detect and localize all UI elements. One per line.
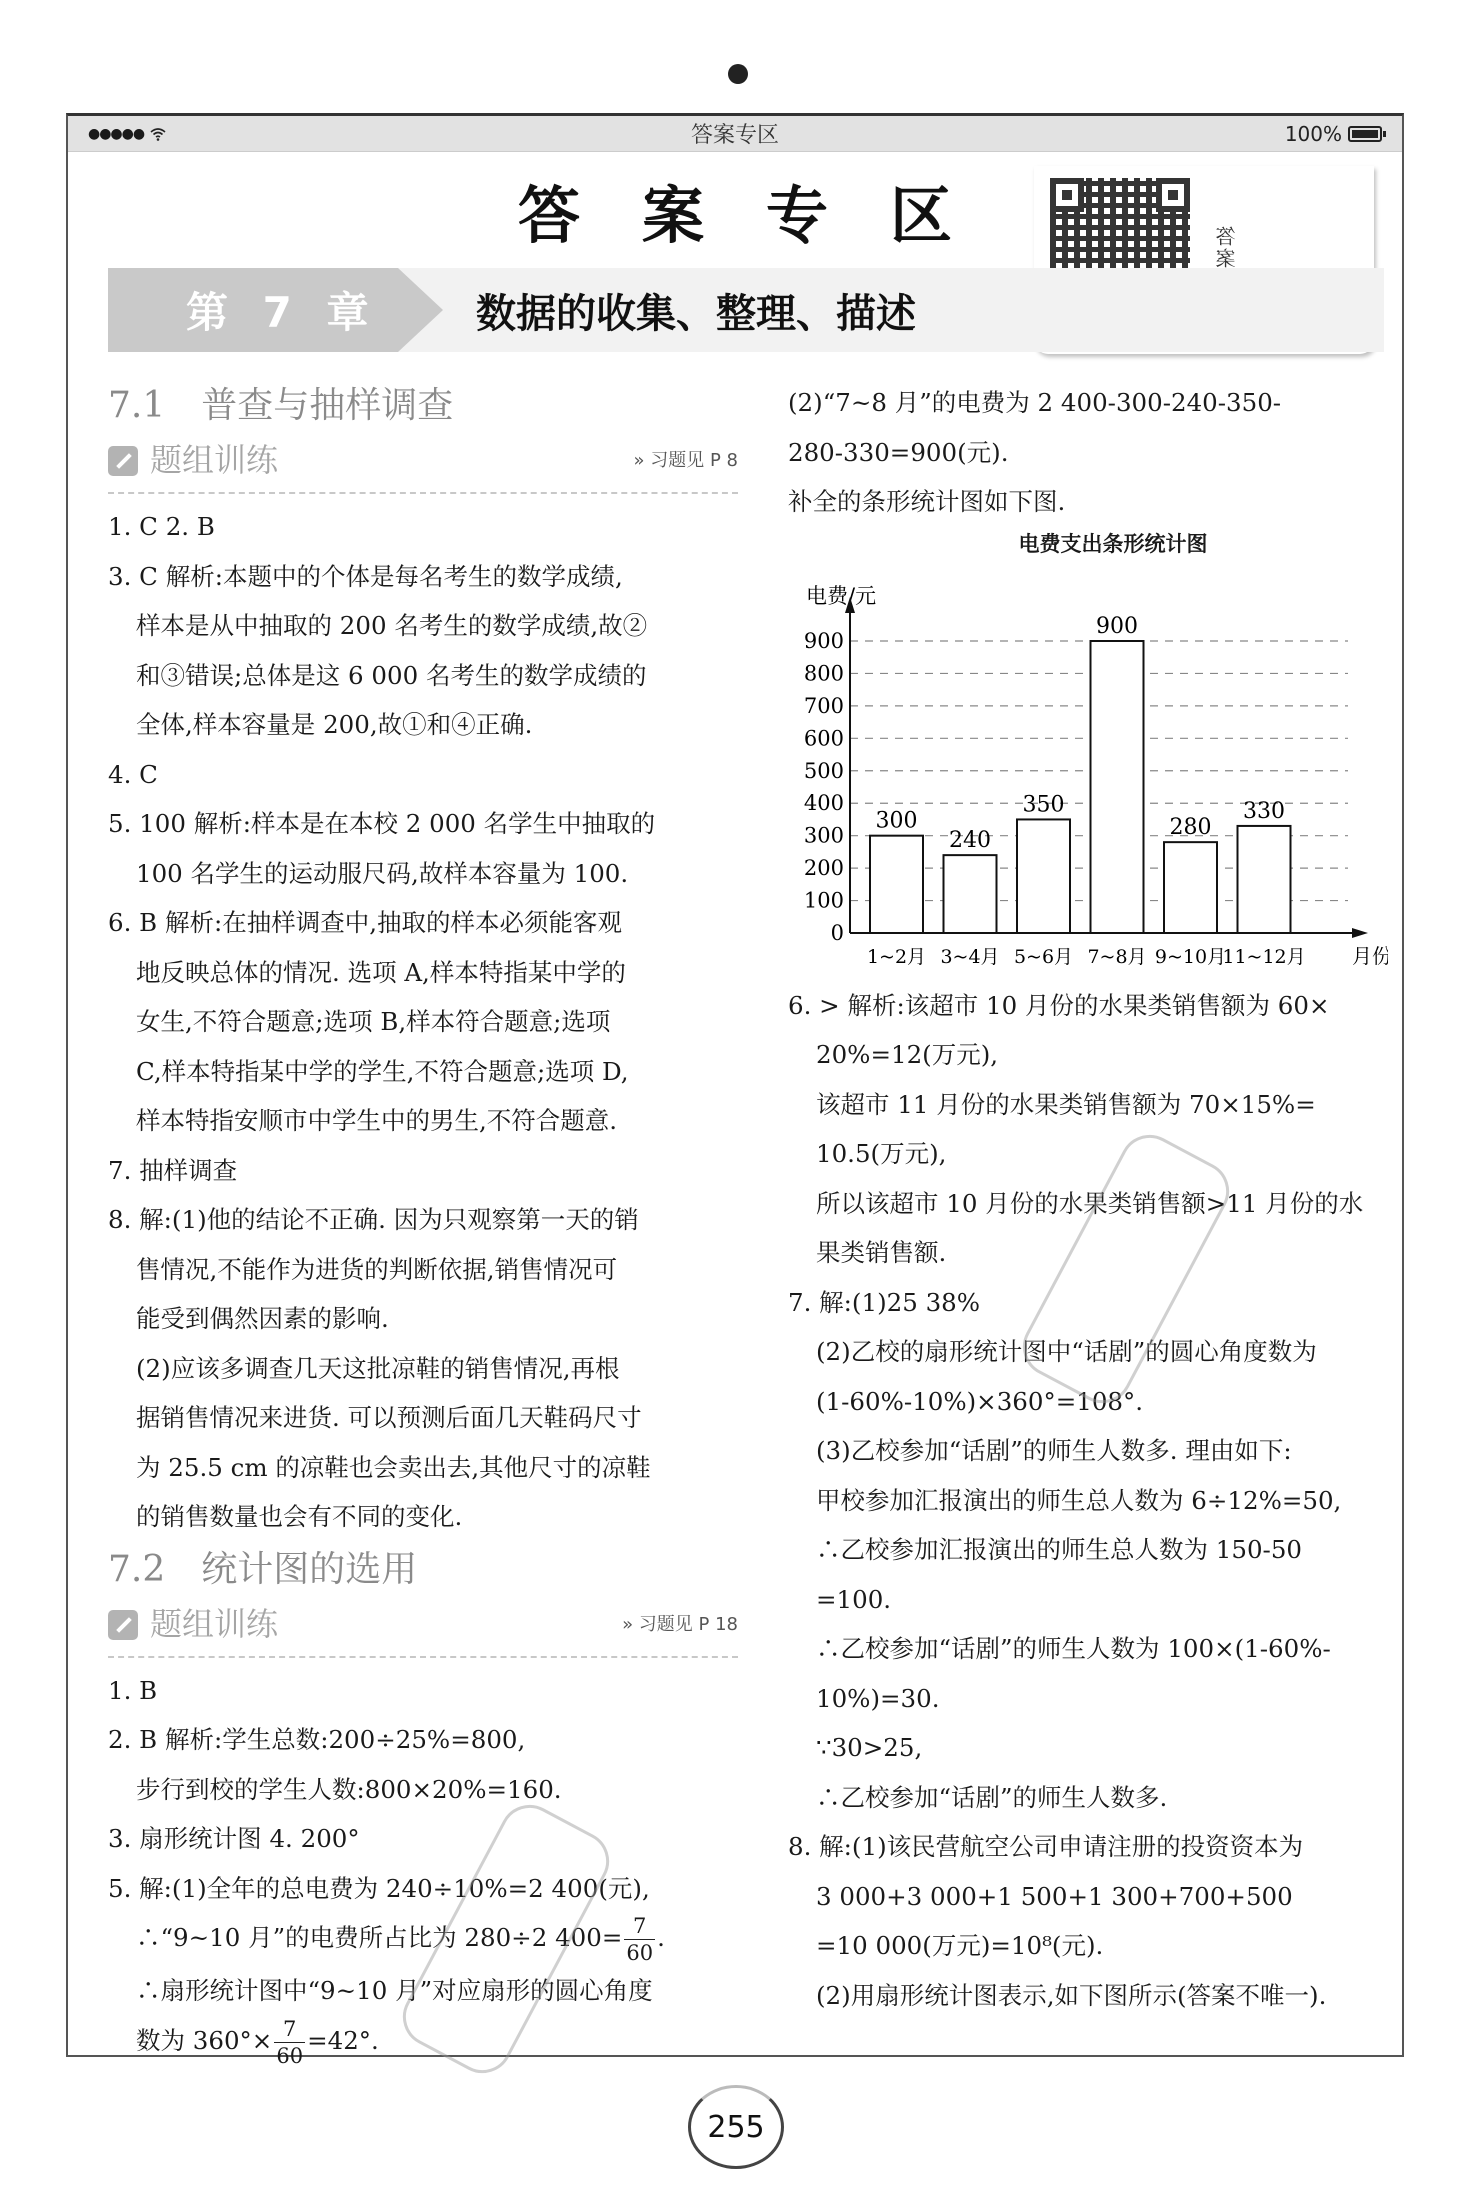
answer-line: 5. 解:(1)全年的总电费为 240÷10%=2 400(元), (108, 1864, 738, 1914)
drill-header: 题组训练 » 习题见 P 8 (108, 438, 738, 494)
y-tick-label: 500 (804, 758, 844, 782)
exercise-page-link[interactable]: » 习题见 P 8 (634, 436, 738, 486)
y-tick-label: 300 (804, 823, 844, 847)
x-tick-label: 11~12月 (1222, 946, 1305, 968)
status-bar-title: 答案专区 (68, 118, 1402, 149)
y-tick-label: 200 (804, 856, 844, 880)
answer-line: 据销售情况来进货. 可以预测后面几天鞋码尺寸 (108, 1393, 738, 1443)
bar (870, 835, 923, 932)
fraction: 760 (624, 1913, 655, 1966)
answer-line: 能受到偶然因素的影响. (108, 1294, 738, 1344)
answer-line: =100. (788, 1575, 1438, 1625)
answer-line: 售情况,不能作为进货的判断依据,销售情况可 (108, 1245, 738, 1295)
y-tick-label: 700 (804, 693, 844, 717)
chart-title: 电费支出条形统计图 (788, 527, 1438, 561)
bar-value-label: 240 (949, 828, 991, 853)
answer-line: 为 25.5 cm 的凉鞋也会卖出去,其他尺寸的凉鞋 (108, 1443, 738, 1493)
answer-line: 6. B 解析:在抽样调查中,抽取的样本必须能客观 (108, 898, 738, 948)
answer-line: 100 名学生的运动服尺码,故样本容量为 100. (108, 849, 738, 899)
answer-line: ∴乙校参加“话剧”的师生人数多. (788, 1773, 1438, 1823)
bar-value-label: 280 (1170, 815, 1212, 840)
pencil-icon (108, 1610, 138, 1640)
answer-line: 和③错误;总体是这 6 000 名考生的数学成绩的 (108, 651, 738, 701)
answer-line: 该超市 11 月份的水果类销售额为 70×15%= (788, 1080, 1438, 1130)
y-tick-label: 900 (804, 629, 844, 653)
answer-line: ∵30>25, (788, 1723, 1438, 1773)
answer-line: 女生,不符合题意;选项 B,样本符合题意;选项 (108, 997, 738, 1047)
left-column: 7.1普查与抽样调查 题组训练 » 习题见 P 8 1. C 2. B 3. C… (108, 378, 738, 2069)
answer-line: 3 000+3 000+1 500+1 300+700+500 (788, 1872, 1438, 1922)
answer-line: 1. C 2. B (108, 502, 738, 552)
answer-line: =10 000(万元)=10⁸(元). (788, 1921, 1438, 1971)
status-bar: ●●●●● 答案专区 100% (68, 116, 1402, 152)
answer-line: C,样本特指某中学的学生,不符合题意;选项 D, (108, 1047, 738, 1097)
answer-line: 2. B 解析:学生总数:200÷25%=800, (108, 1715, 738, 1765)
answer-line: 地反映总体的情况. 选项 A,样本特指某中学的 (108, 948, 738, 998)
fraction: 760 (274, 2016, 305, 2069)
section-title: 7.2统计图的选用 (108, 1542, 738, 1598)
bar-chart-svg: 电费/元01002003004005006007008009003001~2月2… (788, 561, 1388, 981)
answer-line: 6. > 解析:该超市 10 月份的水果类销售额为 60× (788, 981, 1438, 1031)
battery-icon (1348, 126, 1382, 142)
answer-line: 10%)=30. (788, 1674, 1438, 1724)
answer-line: (2)“7~8 月”的电费为 2 400-300-240-350- (788, 378, 1438, 428)
answer-line: (3)乙校参加“话剧”的师生人数多. 理由如下: (788, 1426, 1438, 1476)
bar (944, 855, 997, 933)
x-tick-label: 9~10月 (1155, 946, 1226, 968)
answer-line: 甲校参加汇报演出的师生总人数为 6÷12%=50, (788, 1476, 1438, 1526)
section-title: 7.1普查与抽样调查 (108, 378, 738, 434)
answer-line: 4. C (108, 750, 738, 800)
answer-line: ∴“9~10 月”的电费所占比为 280÷2 400=760. (108, 1913, 738, 1966)
chapter-banner: 第 7 章 数据的收集、整理、描述 (108, 268, 1384, 352)
bar-chart: 电费/元01002003004005006007008009003001~2月2… (788, 561, 1438, 981)
answer-line: ∴乙校参加“话剧”的师生人数为 100×(1-60%- (788, 1624, 1438, 1674)
answer-line: 3. C 解析:本题中的个体是每名考生的数学成绩, (108, 552, 738, 602)
chapter-title: 数据的收集、整理、描述 (476, 282, 916, 339)
exercise-page-link[interactable]: » 习题见 P 18 (622, 1600, 738, 1650)
bar (1164, 842, 1217, 933)
answer-line: 样本是从中抽取的 200 名考生的数学成绩,故② (108, 601, 738, 651)
answer-line: 280-330=900(元). (788, 428, 1438, 478)
drill-header: 题组训练 » 习题见 P 18 (108, 1602, 738, 1658)
x-tick-label: 3~4月 (940, 946, 999, 968)
bar (1238, 825, 1291, 932)
answer-line: 1. B (108, 1666, 738, 1716)
y-tick-label: 600 (804, 726, 844, 750)
signal-icon: ●●●●● (88, 126, 144, 142)
answer-line: 3. 扇形统计图 4. 200° (108, 1814, 738, 1864)
y-axis-label: 电费/元 (806, 584, 876, 608)
bar (1091, 641, 1144, 933)
answer-line: 8. 解:(1)该民营航空公司申请注册的投资资本为 (788, 1822, 1438, 1872)
y-tick-label: 400 (804, 791, 844, 815)
answer-line: ∴乙校参加汇报演出的师生总人数为 150-50 (788, 1525, 1438, 1575)
answer-line: 5. 100 解析:样本是在本校 2 000 名学生中抽取的 (108, 799, 738, 849)
wifi-icon (150, 127, 166, 141)
y-tick-label: 0 (831, 921, 844, 945)
answer-line: (2)用扇形统计图表示,如下图所示(答案不唯一). (788, 1971, 1438, 2021)
bar (1017, 819, 1070, 933)
answer-line: 全体,样本容量是 200,故①和④正确. (108, 700, 738, 750)
bar-value-label: 900 (1096, 614, 1138, 639)
camera-dot (728, 64, 748, 84)
bar-value-label: 350 (1023, 792, 1065, 817)
answer-line: 20%=12(万元), (788, 1030, 1438, 1080)
chapter-tag: 第 7 章 (108, 268, 443, 352)
answer-line: 的销售数量也会有不同的变化. (108, 1492, 738, 1542)
bar-value-label: 330 (1243, 798, 1285, 823)
x-axis-label: 月份 (1352, 944, 1388, 968)
y-tick-label: 800 (804, 661, 844, 685)
answer-line: 样本特指安顺市中学生中的男生,不符合题意. (108, 1096, 738, 1146)
x-tick-label: 5~6月 (1014, 946, 1073, 968)
answer-line: 步行到校的学生人数:800×20%=160. (108, 1765, 738, 1815)
battery-percent: 100% (1285, 122, 1342, 146)
answer-line: 7. 抽样调查 (108, 1146, 738, 1196)
x-tick-label: 7~8月 (1087, 946, 1146, 968)
answer-line: 补全的条形统计图如下图. (788, 477, 1438, 527)
x-tick-label: 1~2月 (867, 946, 926, 968)
y-tick-label: 100 (804, 888, 844, 912)
page-number: 255 (688, 2085, 784, 2169)
pencil-icon (108, 446, 138, 476)
page-frame: ●●●●● 答案专区 100% 答案专区 答案详解 第 7 章 数据的收集、整理… (66, 113, 1404, 2057)
answer-line: 8. 解:(1)他的结论不正确. 因为只观察第一天的销 (108, 1195, 738, 1245)
bar-value-label: 300 (876, 808, 918, 833)
answer-line: (2)应该多调查几天这批凉鞋的销售情况,再根 (108, 1344, 738, 1394)
